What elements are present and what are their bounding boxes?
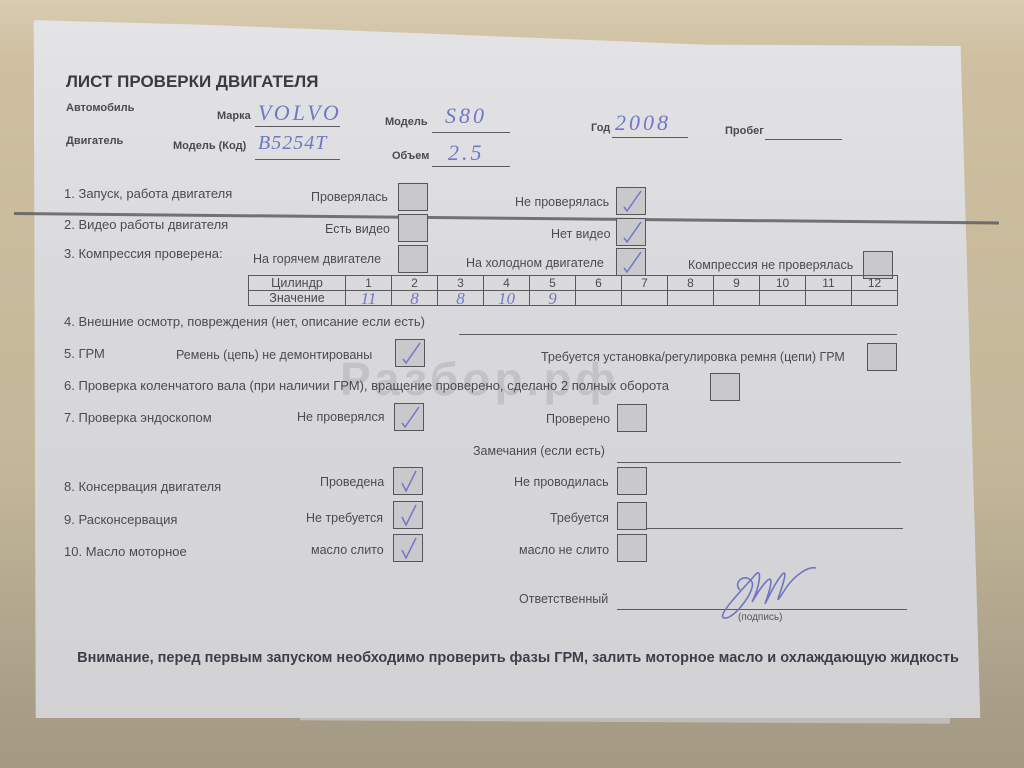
item-9-option-required-label: Требуется	[550, 511, 609, 525]
compression-value-cell[interactable]: 8	[392, 291, 438, 306]
cylinder-header-row: Цилиндр 1 2 3 4 5 6 7 8 9 10 11 12	[249, 276, 898, 291]
item-1-option-checked-label: Проверялась	[311, 190, 388, 204]
item-3-option-hot-label: На горячем двигателе	[253, 252, 381, 266]
check-mark-icon	[619, 220, 643, 244]
mileage-label: Пробег	[725, 125, 764, 137]
item-3-option-not-checked-label: Компрессия не проверялась	[688, 258, 853, 272]
item-6-label: 6. Проверка коленчатого вала (при наличи…	[64, 378, 669, 393]
engine-code-value[interactable]: B5254T	[258, 132, 327, 155]
item-10-checkbox-not-drained[interactable]	[617, 534, 647, 562]
make-value[interactable]: VOLVO	[258, 100, 342, 126]
item-1-label: 1. Запуск, работа двигателя	[64, 186, 232, 201]
model-value[interactable]: S80	[445, 103, 487, 129]
engine-label: Двигатель	[66, 135, 123, 147]
warning-note: Внимание, перед первым запуском необходи…	[68, 648, 968, 668]
check-mark-icon	[619, 189, 643, 213]
check-mark-icon	[396, 503, 420, 527]
volume-field-line	[432, 166, 510, 167]
item-3-checkbox-cold[interactable]	[616, 248, 646, 276]
item-2-checkbox-video[interactable]	[398, 214, 428, 242]
item-8-checkbox-not-done[interactable]	[617, 467, 647, 495]
remarks-label: Замечания (если есть)	[473, 444, 605, 458]
item-9-field-line[interactable]	[647, 528, 903, 529]
item-3-option-cold-label: На холодном двигателе	[466, 256, 604, 270]
item-5-checkbox-adjust-required[interactable]	[867, 343, 897, 371]
item-2-option-video-label: Есть видео	[325, 222, 390, 236]
item-3-label: 3. Компрессия проверена:	[64, 246, 223, 261]
compression-value-cell[interactable]	[714, 291, 760, 306]
item-10-label: 10. Масло моторное	[64, 544, 187, 559]
compression-value-cell[interactable]: 10	[484, 291, 530, 306]
compression-table: Цилиндр 1 2 3 4 5 6 7 8 9 10 11 12 Значе…	[248, 275, 898, 306]
mileage-field-line	[765, 139, 842, 140]
compression-value-row: Значение 11 8 8 10 9	[249, 291, 898, 306]
item-7-label: 7. Проверка эндоскопом	[64, 410, 212, 425]
remarks-field-line[interactable]	[617, 462, 901, 463]
item-9-option-not-required-label: Не требуется	[306, 511, 383, 525]
volume-label: Объем	[392, 150, 429, 162]
compression-value-cell[interactable]: 11	[346, 291, 392, 306]
signature-caption: (подпись)	[738, 612, 782, 623]
cylinder-number: 6	[576, 276, 622, 291]
compression-value-cell[interactable]	[622, 291, 668, 306]
item-1-checkbox-not-checked[interactable]	[616, 187, 646, 215]
item-2-option-no-video-label: Нет видео	[551, 227, 611, 241]
item-8-checkbox-done[interactable]	[393, 467, 423, 495]
item-5-option-not-removed-label: Ремень (цепь) не демонтированы	[176, 348, 372, 362]
compression-value-cell[interactable]	[760, 291, 806, 306]
item-9-label: 9. Расконсервация	[64, 512, 177, 527]
check-mark-icon	[396, 469, 420, 493]
item-7-option-not-checked-label: Не проверялся	[297, 410, 384, 424]
item-9-checkbox-required[interactable]	[617, 502, 647, 530]
item-4-label: 4. Внешние осмотр, повреждения (нет, опи…	[64, 314, 425, 329]
item-10-option-drained-label: масло слито	[311, 543, 384, 557]
item-4-field-line[interactable]	[459, 334, 897, 335]
compression-value-cell[interactable]	[576, 291, 622, 306]
item-8-label: 8. Консервация двигателя	[64, 479, 221, 494]
item-10-checkbox-drained[interactable]	[393, 534, 423, 562]
compression-value-cell[interactable]: 9	[530, 291, 576, 306]
item-5-label: 5. ГРМ	[64, 346, 105, 361]
item-7-checkbox-not-checked[interactable]	[394, 403, 424, 431]
cylinder-number: 10	[760, 276, 806, 291]
car-label: Автомобиль	[66, 102, 134, 114]
engine-code-label: Модель (Код)	[173, 140, 246, 152]
model-field-line	[432, 132, 510, 133]
year-value[interactable]: 2008	[615, 110, 671, 136]
item-3-checkbox-hot[interactable]	[398, 245, 428, 273]
check-mark-icon	[397, 405, 421, 429]
cylinder-number: 9	[714, 276, 760, 291]
check-mark-icon	[398, 341, 422, 365]
make-label: Марка	[217, 110, 251, 122]
make-field-line	[255, 126, 340, 127]
item-2-checkbox-no-video[interactable]	[616, 218, 646, 246]
model-label: Модель	[385, 116, 428, 128]
page-title: ЛИСТ ПРОВЕРКИ ДВИГАТЕЛЯ	[66, 72, 318, 92]
item-10-option-not-drained-label: масло не слито	[519, 543, 609, 557]
value-row-label: Значение	[249, 291, 346, 306]
item-7-option-checked-label: Проверено	[546, 412, 610, 426]
cylinder-row-label: Цилиндр	[249, 276, 346, 291]
compression-value-cell[interactable]	[668, 291, 714, 306]
item-1-option-not-checked-label: Не проверялась	[515, 195, 609, 209]
item-2-label: 2. Видео работы двигателя	[64, 217, 228, 232]
item-7-checkbox-checked[interactable]	[617, 404, 647, 432]
volume-value[interactable]: 2.5	[448, 140, 485, 166]
year-label: Год	[591, 122, 610, 134]
cylinder-number: 8	[668, 276, 714, 291]
cylinder-number: 12	[852, 276, 898, 291]
responsible-label: Ответственный	[519, 592, 608, 606]
cylinder-number: 7	[622, 276, 668, 291]
item-8-option-not-done-label: Не проводилась	[514, 475, 609, 489]
item-9-checkbox-not-required[interactable]	[393, 501, 423, 529]
compression-value-cell[interactable]: 8	[438, 291, 484, 306]
item-5-option-adjust-required-label: Требуется установка/регулировка ремня (ц…	[541, 350, 845, 364]
item-1-checkbox-checked[interactable]	[398, 183, 428, 211]
cylinder-number: 11	[806, 276, 852, 291]
check-mark-icon	[396, 536, 420, 560]
engine-code-field-line	[255, 159, 340, 160]
item-8-option-done-label: Проведена	[320, 475, 384, 489]
compression-value-cell[interactable]	[806, 291, 852, 306]
item-6-checkbox[interactable]	[710, 373, 740, 401]
year-field-line	[612, 137, 688, 138]
check-mark-icon	[619, 250, 643, 274]
item-5-checkbox-not-removed[interactable]	[395, 339, 425, 367]
compression-value-cell[interactable]	[852, 291, 898, 306]
